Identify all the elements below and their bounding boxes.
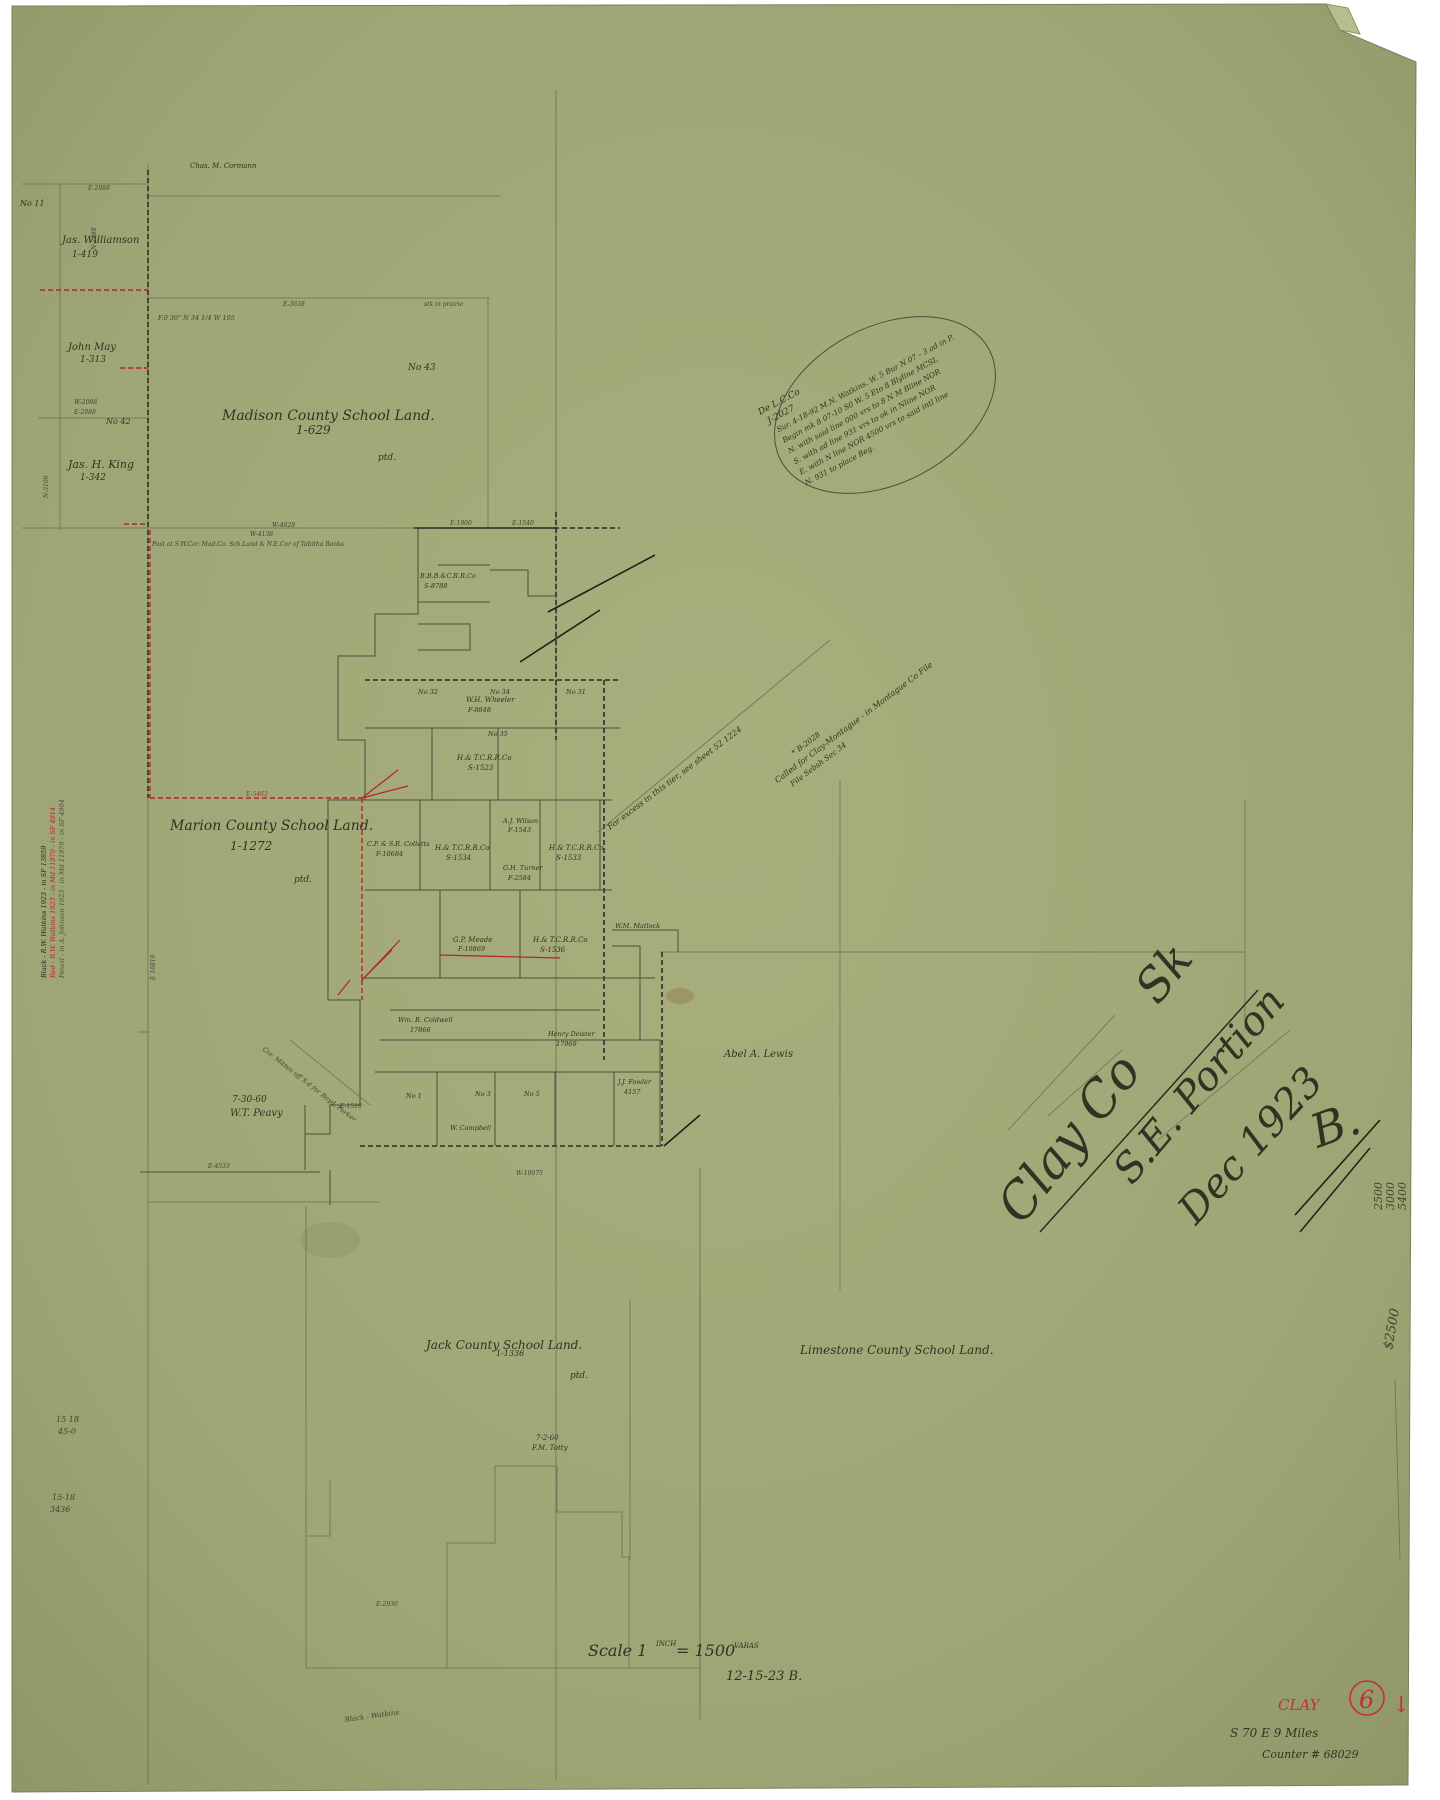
direction-note: S 70 E 9 Miles xyxy=(1230,1726,1318,1740)
svg-text:H.& T.C.R.R.Co: H.& T.C.R.R.Co xyxy=(456,754,512,762)
svg-text:3436: 3436 xyxy=(50,1505,70,1514)
scale-label: Scale 1 xyxy=(588,1641,647,1660)
svg-text:E-4533: E-4533 xyxy=(207,1163,230,1170)
svg-text:E-1540: E-1540 xyxy=(511,520,534,527)
survey-map: De L.C.Co J-2027 Sur. 4-18-92 M.N. Watki… xyxy=(0,0,1440,1800)
svg-text:E 16816: E 16816 xyxy=(150,954,157,981)
svg-text:S-1533: S-1533 xyxy=(556,854,582,862)
svg-text:W.H. Wheeler: W.H. Wheeler xyxy=(466,696,515,704)
sheet-number: 6 xyxy=(1359,1686,1374,1714)
svg-text:15-18: 15-18 xyxy=(52,1493,75,1502)
svg-text:F-8848: F-8848 xyxy=(467,706,491,714)
svg-text:7-30-60: 7-30-60 xyxy=(232,1095,267,1105)
svg-text:ptd.: ptd. xyxy=(378,453,396,463)
svg-text:No 32: No 32 xyxy=(417,688,438,696)
svg-text:S-1534: S-1534 xyxy=(446,854,471,862)
down-arrow-icon: ↓ xyxy=(1392,1693,1410,1718)
svg-text:F.M. Totty: F.M. Totty xyxy=(531,1444,569,1452)
svg-text:1-1336: 1-1336 xyxy=(496,1349,524,1358)
tract-john-may: John May xyxy=(66,342,116,353)
svg-text:E-5463: E-5463 xyxy=(245,791,268,798)
svg-text:S-8788: S-8788 xyxy=(424,582,447,590)
tract-wt-peavy: W.T. Peavy xyxy=(230,1108,283,1119)
tract-cormann: Chas. M. Cormann xyxy=(190,162,257,170)
svg-text:N-3100: N-3100 xyxy=(43,475,50,499)
svg-text:W-2088: W-2088 xyxy=(74,399,97,406)
svg-text:Henry Deister: Henry Deister xyxy=(547,1030,595,1038)
svg-text:S-1523: S-1523 xyxy=(468,764,494,772)
svg-text:Red - R.W. Watkins 1923 - in M: Red - R.W. Watkins 1923 - in Md 11979 - … xyxy=(49,807,57,979)
drawn-date: 12-15-23 B. xyxy=(726,1669,802,1684)
svg-text:F-10684: F-10684 xyxy=(375,850,403,858)
svg-text:E-2930: E-2930 xyxy=(375,1601,398,1608)
svg-text:1-419: 1-419 xyxy=(72,250,98,260)
svg-text:H.& T.C.R.R.Co: H.& T.C.R.R.Co xyxy=(548,844,604,852)
svg-text:F-10869: F-10869 xyxy=(457,945,485,953)
svg-text:B.B.B.&C.R.R.Co: B.B.B.&C.R.R.Co xyxy=(419,572,476,580)
svg-text:W-4138: W-4138 xyxy=(250,531,273,538)
svg-text:INCH: INCH xyxy=(655,1640,677,1648)
svg-text:15 18: 15 18 xyxy=(56,1415,79,1424)
svg-text:No 1: No 1 xyxy=(405,1092,422,1100)
svg-text:Wm. B. Coldwell: Wm. B. Coldwell xyxy=(398,1016,453,1024)
svg-text:1-629: 1-629 xyxy=(296,423,331,437)
svg-text:No 35: No 35 xyxy=(487,730,508,738)
svg-text:N-2488: N-2488 xyxy=(91,227,98,251)
svg-text:C.P. & S.R. Colletts: C.P. & S.R. Colletts xyxy=(367,840,430,848)
svg-text:W-4628: W-4628 xyxy=(272,522,295,529)
svg-text:7-2-60: 7-2-60 xyxy=(536,1434,559,1442)
svg-text:Pencil - in A. Johnson 1923 -: Pencil - in A. Johnson 1923 - in Md 1197… xyxy=(58,799,66,979)
svg-text:Post at S.W.Cor. Mad.Co. Sch.L: Post at S.W.Cor. Mad.Co. Sch.Land & N.E.… xyxy=(151,541,344,548)
svg-text:Black - R.W. Watkins 1923 - in: Black - R.W. Watkins 1923 - in SF 13859 xyxy=(40,846,48,979)
svg-text:No 3: No 3 xyxy=(474,1090,491,1098)
svg-text:1-313: 1-313 xyxy=(80,355,106,365)
svg-text:G.P. Meade: G.P. Meade xyxy=(453,936,492,944)
svg-text:F-2584: F-2584 xyxy=(507,874,531,882)
svg-text:No 11: No 11 xyxy=(19,199,45,208)
svg-text:J.J. Fowler: J.J. Fowler xyxy=(616,1078,652,1086)
svg-text:No 42: No 42 xyxy=(105,417,131,426)
tract-williamson: Jas. Williamson xyxy=(60,235,139,246)
survey-map-sheet: De L.C.Co J-2027 Sur. 4-18-92 M.N. Watki… xyxy=(0,0,1440,1800)
svg-text:No 34: No 34 xyxy=(489,688,510,696)
svg-text:1-1272: 1-1272 xyxy=(230,839,272,853)
svg-text:45-0: 45-0 xyxy=(57,1427,76,1436)
stain xyxy=(666,988,694,1004)
svg-text:ptd.: ptd. xyxy=(294,875,312,885)
svg-text:H.& T.C.R.R.Co: H.& T.C.R.R.Co xyxy=(532,936,588,944)
svg-text:= 1500: = 1500 xyxy=(676,1641,735,1660)
svg-text:A.J. Wilson: A.J. Wilson xyxy=(502,817,538,825)
svg-text:ptd.: ptd. xyxy=(570,1371,588,1381)
svg-text:5400: 5400 xyxy=(1396,1182,1409,1210)
svg-text:G.H. Turner: G.H. Turner xyxy=(503,864,543,872)
svg-text:1-342: 1-342 xyxy=(80,473,106,483)
svg-text:4157: 4157 xyxy=(623,1088,641,1096)
county-stamp: CLAY xyxy=(1278,1696,1322,1714)
svg-text:No 31: No 31 xyxy=(565,688,586,696)
svg-text:No 43: No 43 xyxy=(407,363,436,373)
svg-text:E-1900: E-1900 xyxy=(449,520,472,527)
svg-text:W-10075: W-10075 xyxy=(516,1170,543,1177)
svg-text:stk in prairie: stk in prairie xyxy=(424,301,464,308)
svg-text:W. Campbell: W. Campbell xyxy=(450,1124,491,1132)
svg-text:17866: 17866 xyxy=(410,1026,431,1034)
svg-text:H.& T.C.R.R.Co: H.& T.C.R.R.Co xyxy=(434,844,490,852)
svg-text:S-1536: S-1536 xyxy=(540,946,566,954)
svg-text:No 5: No 5 xyxy=(523,1090,540,1098)
svg-text:F.0 30" N 34 1/4 W 195: F.0 30" N 34 1/4 W 195 xyxy=(157,314,235,322)
svg-text:E-3638: E-3638 xyxy=(282,301,305,308)
svg-text:E-2088: E-2088 xyxy=(73,409,96,416)
svg-text:W.M. Matlock: W.M. Matlock xyxy=(615,922,660,930)
tract-madison: Madison County School Land. xyxy=(221,408,435,424)
svg-text:17969: 17969 xyxy=(556,1040,577,1048)
svg-text:VARAS: VARAS xyxy=(734,1642,759,1650)
svg-text:F-1543: F-1543 xyxy=(507,826,531,834)
counter-number: Counter # 68029 xyxy=(1262,1748,1359,1761)
paper-background xyxy=(12,4,1416,1792)
tract-limestone: Limestone County School Land. xyxy=(799,1343,994,1357)
stain xyxy=(300,1222,360,1258)
tract-abel-lewis: Abel A. Lewis xyxy=(723,1049,793,1060)
tract-jas-king: Jas. H. King xyxy=(66,458,134,471)
tract-marion: Marion County School Land. xyxy=(169,818,373,834)
svg-text:E-2888: E-2888 xyxy=(87,185,110,192)
